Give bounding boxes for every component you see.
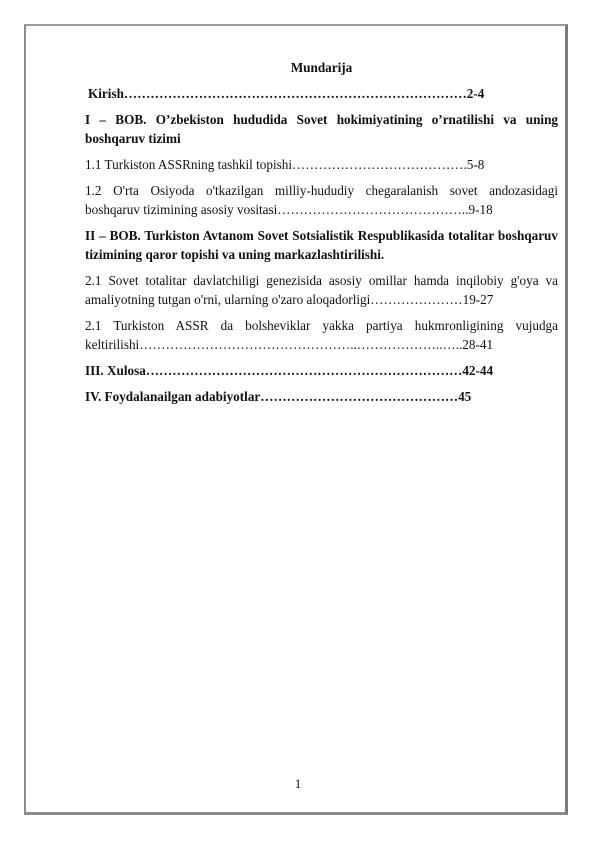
toc-entry-chapter-1: I – BOB. O’zbekiston hududida Sovet hoki… bbox=[85, 110, 558, 148]
toc-entry-2-1a: 2.1 Sovet totalitar davlatchiligi genezi… bbox=[85, 271, 558, 309]
toc-title: Mundarija bbox=[85, 58, 558, 77]
table-of-contents: Mundarija Kirish………………………………………………………………… bbox=[85, 58, 558, 413]
toc-entry-chapter-2: II – BOB. Turkiston Avtanom Sovet Sotsia… bbox=[85, 226, 558, 264]
page-number: 1 bbox=[0, 776, 596, 792]
toc-entry-kirish: Kirish……………………………………………………………………2-4 bbox=[85, 84, 558, 103]
toc-entry-1-2: 1.2 O'rta Osiyoda o'tkazilgan milliy-hud… bbox=[85, 181, 558, 219]
toc-entry-adabiyotlar: IV. Foydalanailgan adabiyotlar…………………………… bbox=[85, 387, 558, 406]
toc-entry-2-1b: 2.1 Turkiston ASSR da bolsheviklar yakka… bbox=[85, 316, 558, 354]
toc-entry-1-1: 1.1 Turkiston ASSRning tashkil topishi……… bbox=[85, 155, 558, 174]
toc-entry-xulosa: III. Xulosa………………………………………………………………42-44 bbox=[85, 361, 558, 380]
